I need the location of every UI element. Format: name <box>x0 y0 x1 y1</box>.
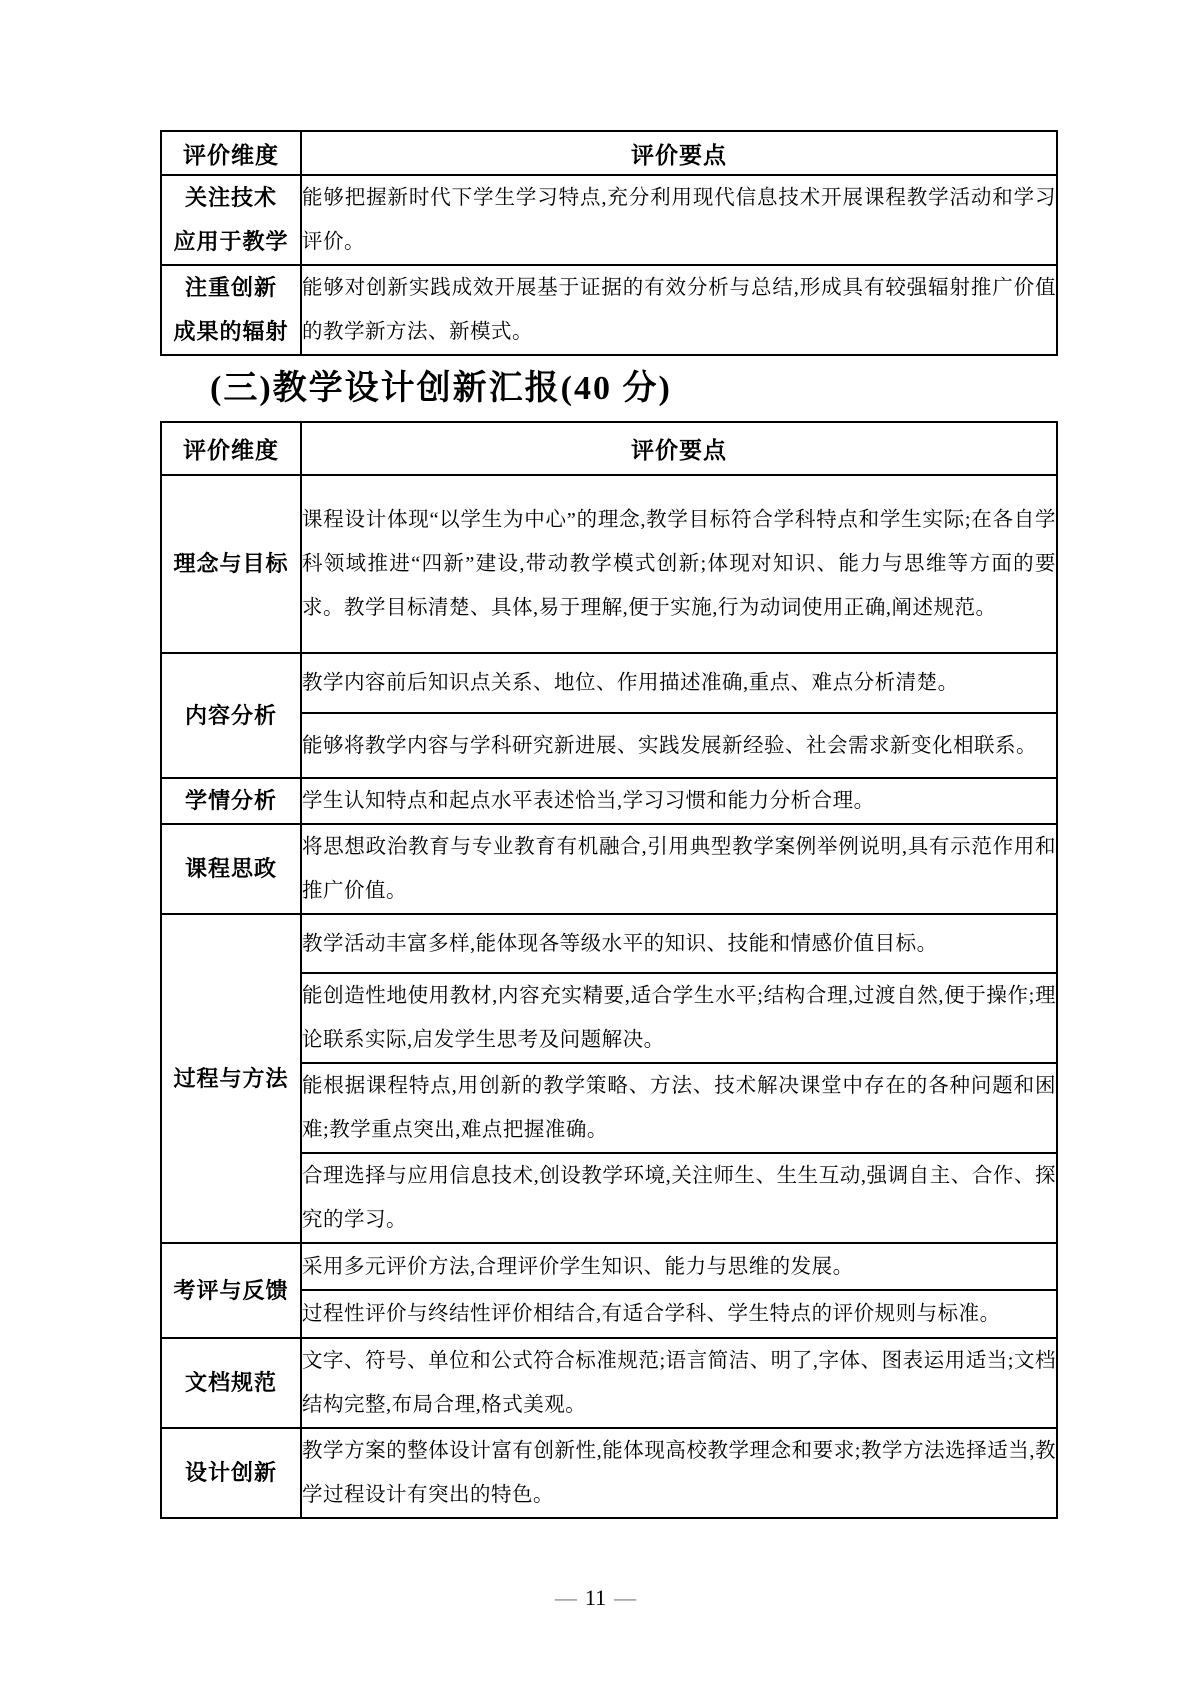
table-row: 过程与方法 教学活动丰富多样,能体现各等级水平的知识、技能和情感价值目标。 <box>161 914 1057 973</box>
page-footer: —11— <box>0 1585 1191 1611</box>
points-cell: 能够对创新实践成效开展基于证据的有效分析与总结,形成具有较强辐射推广价值的教学新… <box>301 265 1057 355</box>
table-row: 文档规范 文字、符号、单位和公式符合标准规范;语言简洁、明了,字体、图表运用适当… <box>161 1338 1057 1428</box>
document-page: 评价维度 评价要点 关注技术 应用于教学 能够把握新时代下学生学习特点,充分利用… <box>0 0 1191 1684</box>
table-row: 理念与目标 课程设计体现“以学生为中心”的理念,教学目标符合学科特点和学生实际;… <box>161 475 1057 653</box>
dimension-line: 关注技术 <box>162 176 300 220</box>
table2-header-points: 评价要点 <box>301 422 1057 475</box>
points-cell: 课程设计体现“以学生为中心”的理念,教学目标符合学科特点和学生实际;在各自学科领… <box>301 475 1057 653</box>
table-row: 设计创新 教学方案的整体设计富有创新性,能体现高校教学理念和要求;教学方法选择适… <box>161 1428 1057 1518</box>
evaluation-table-1: 评价维度 评价要点 关注技术 应用于教学 能够把握新时代下学生学习特点,充分利用… <box>160 130 1058 356</box>
table-row: 学情分析 学生认知特点和起点水平表述恰当,学习习惯和能力分析合理。 <box>161 778 1057 824</box>
dimension-cell: 过程与方法 <box>161 914 301 1243</box>
dimension-cell: 理念与目标 <box>161 475 301 653</box>
footer-dash-left: — <box>547 1585 585 1610</box>
dimension-cell: 注重创新 成果的辐射 <box>161 265 301 355</box>
points-cell: 教学内容前后知识点关系、地位、作用描述准确,重点、难点分析清楚。 <box>301 653 1057 713</box>
table-row: 关注技术 应用于教学 能够把握新时代下学生学习特点,充分利用现代信息技术开展课程… <box>161 175 1057 265</box>
evaluation-table-2: 评价维度 评价要点 理念与目标 课程设计体现“以学生为中心”的理念,教学目标符合… <box>160 421 1058 1519</box>
dimension-line: 应用于教学 <box>162 220 300 264</box>
points-cell: 能够把握新时代下学生学习特点,充分利用现代信息技术开展课程教学活动和学习评价。 <box>301 175 1057 265</box>
table-row: 课程思政 将思想政治教育与专业教育有机融合,引用典型教学案例举例说明,具有示范作… <box>161 824 1057 914</box>
points-cell: 学生认知特点和起点水平表述恰当,学习习惯和能力分析合理。 <box>301 778 1057 824</box>
table1-header-dimension: 评价维度 <box>161 131 301 175</box>
page-number: 11 <box>585 1585 606 1610</box>
points-cell: 将思想政治教育与专业教育有机融合,引用典型教学案例举例说明,具有示范作用和推广价… <box>301 824 1057 914</box>
dimension-cell: 学情分析 <box>161 778 301 824</box>
table-row: 注重创新 成果的辐射 能够对创新实践成效开展基于证据的有效分析与总结,形成具有较… <box>161 265 1057 355</box>
points-cell: 过程性评价与终结性评价相结合,有适合学科、学生特点的评价规则与标准。 <box>301 1290 1057 1338</box>
points-cell: 能够将教学内容与学科研究新进展、实践发展新经验、社会需求新变化相联系。 <box>301 713 1057 778</box>
dimension-cell: 文档规范 <box>161 1338 301 1428</box>
dimension-cell: 考评与反馈 <box>161 1243 301 1338</box>
points-cell: 能创造性地使用教材,内容充实精要,适合学生水平;结构合理,过渡自然,便于操作;理… <box>301 973 1057 1063</box>
dimension-cell: 关注技术 应用于教学 <box>161 175 301 265</box>
footer-dash-right: — <box>606 1585 644 1610</box>
dimension-cell: 内容分析 <box>161 653 301 778</box>
points-cell: 采用多元评价方法,合理评价学生知识、能力与思维的发展。 <box>301 1243 1057 1290</box>
page-content: 评价维度 评价要点 关注技术 应用于教学 能够把握新时代下学生学习特点,充分利用… <box>160 130 1058 1519</box>
table2-header-dimension: 评价维度 <box>161 422 301 475</box>
points-cell: 教学方案的整体设计富有创新性,能体现高校教学理念和要求;教学方法选择适当,教学过… <box>301 1428 1057 1518</box>
table1-header-points: 评价要点 <box>301 131 1057 175</box>
dimension-line: 注重创新 <box>162 266 300 310</box>
points-cell: 合理选择与应用信息技术,创设教学环境,关注师生、生生互动,强调自主、合作、探究的… <box>301 1153 1057 1243</box>
dimension-cell: 设计创新 <box>161 1428 301 1518</box>
points-cell: 教学活动丰富多样,能体现各等级水平的知识、技能和情感价值目标。 <box>301 914 1057 973</box>
points-cell: 文字、符号、单位和公式符合标准规范;语言简洁、明了,字体、图表运用适当;文档结构… <box>301 1338 1057 1428</box>
points-cell: 能根据课程特点,用创新的教学策略、方法、技术解决课堂中存在的各种问题和困难;教学… <box>301 1063 1057 1153</box>
table-row: 内容分析 教学内容前后知识点关系、地位、作用描述准确,重点、难点分析清楚。 <box>161 653 1057 713</box>
section-heading: (三)教学设计创新汇报(40 分) <box>160 368 1058 409</box>
table-row: 考评与反馈 采用多元评价方法,合理评价学生知识、能力与思维的发展。 <box>161 1243 1057 1290</box>
dimension-cell: 课程思政 <box>161 824 301 914</box>
dimension-line: 成果的辐射 <box>162 310 300 354</box>
